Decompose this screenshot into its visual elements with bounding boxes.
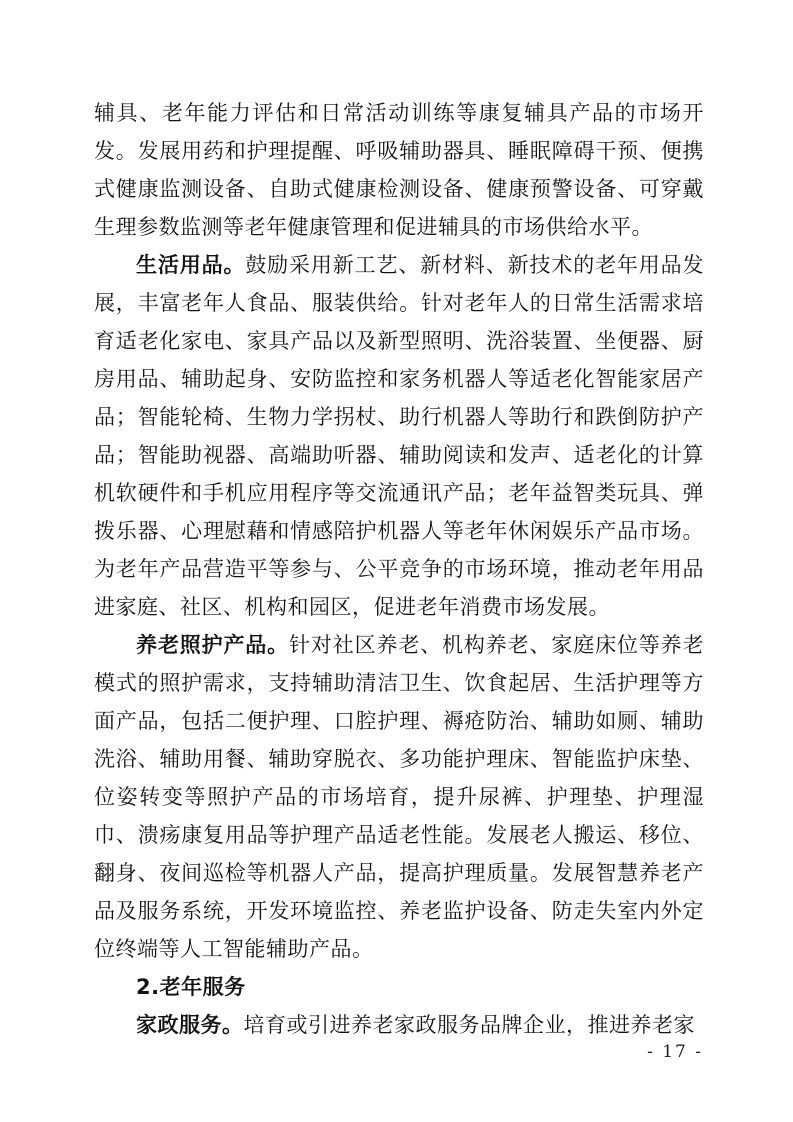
paragraph-text: 辅具、老年能力评估和日常活动训练等康复辅具产品的市场开发。发展用药和护理提醒、呼… [94,101,704,239]
paragraph-text: 针对社区养老、机构养老、家庭床位等养老模式的照护需求，支持辅助清洁卫生、饮食起居… [94,633,704,961]
page-number: - 17 - [647,1040,703,1064]
paragraph-lead: 生活用品。 [136,253,245,277]
paragraph-eldercare-products: 养老照护产品。针对社区养老、机构养老、家庭床位等养老模式的照护需求，支持辅助清洁… [94,626,704,968]
paragraph-lead: 家政服务。 [136,1013,244,1037]
document-page: 辅具、老年能力评估和日常活动训练等康复辅具产品的市场开发。发展用药和护理提醒、呼… [0,0,793,1122]
section-heading: 2.老年服务 [94,968,704,1006]
paragraph-text: 培育或引进养老家政服务品牌企业，推进养老家 [244,1013,696,1037]
paragraph-housekeeping-services: 家政服务。培育或引进养老家政服务品牌企业，推进养老家 [94,1006,704,1044]
paragraph-lead: 养老照护产品。 [136,633,289,657]
document-body: 辅具、老年能力评估和日常活动训练等康复辅具产品的市场开发。发展用药和护理提醒、呼… [94,94,704,1044]
paragraph-daily-products: 生活用品。鼓励采用新工艺、新材料、新技术的老年用品发展，丰富老年人食品、服装供给… [94,246,704,626]
paragraph-text: 鼓励采用新工艺、新材料、新技术的老年用品发展，丰富老年人食品、服装供给。针对老年… [94,253,704,619]
paragraph-continuation: 辅具、老年能力评估和日常活动训练等康复辅具产品的市场开发。发展用药和护理提醒、呼… [94,94,704,246]
